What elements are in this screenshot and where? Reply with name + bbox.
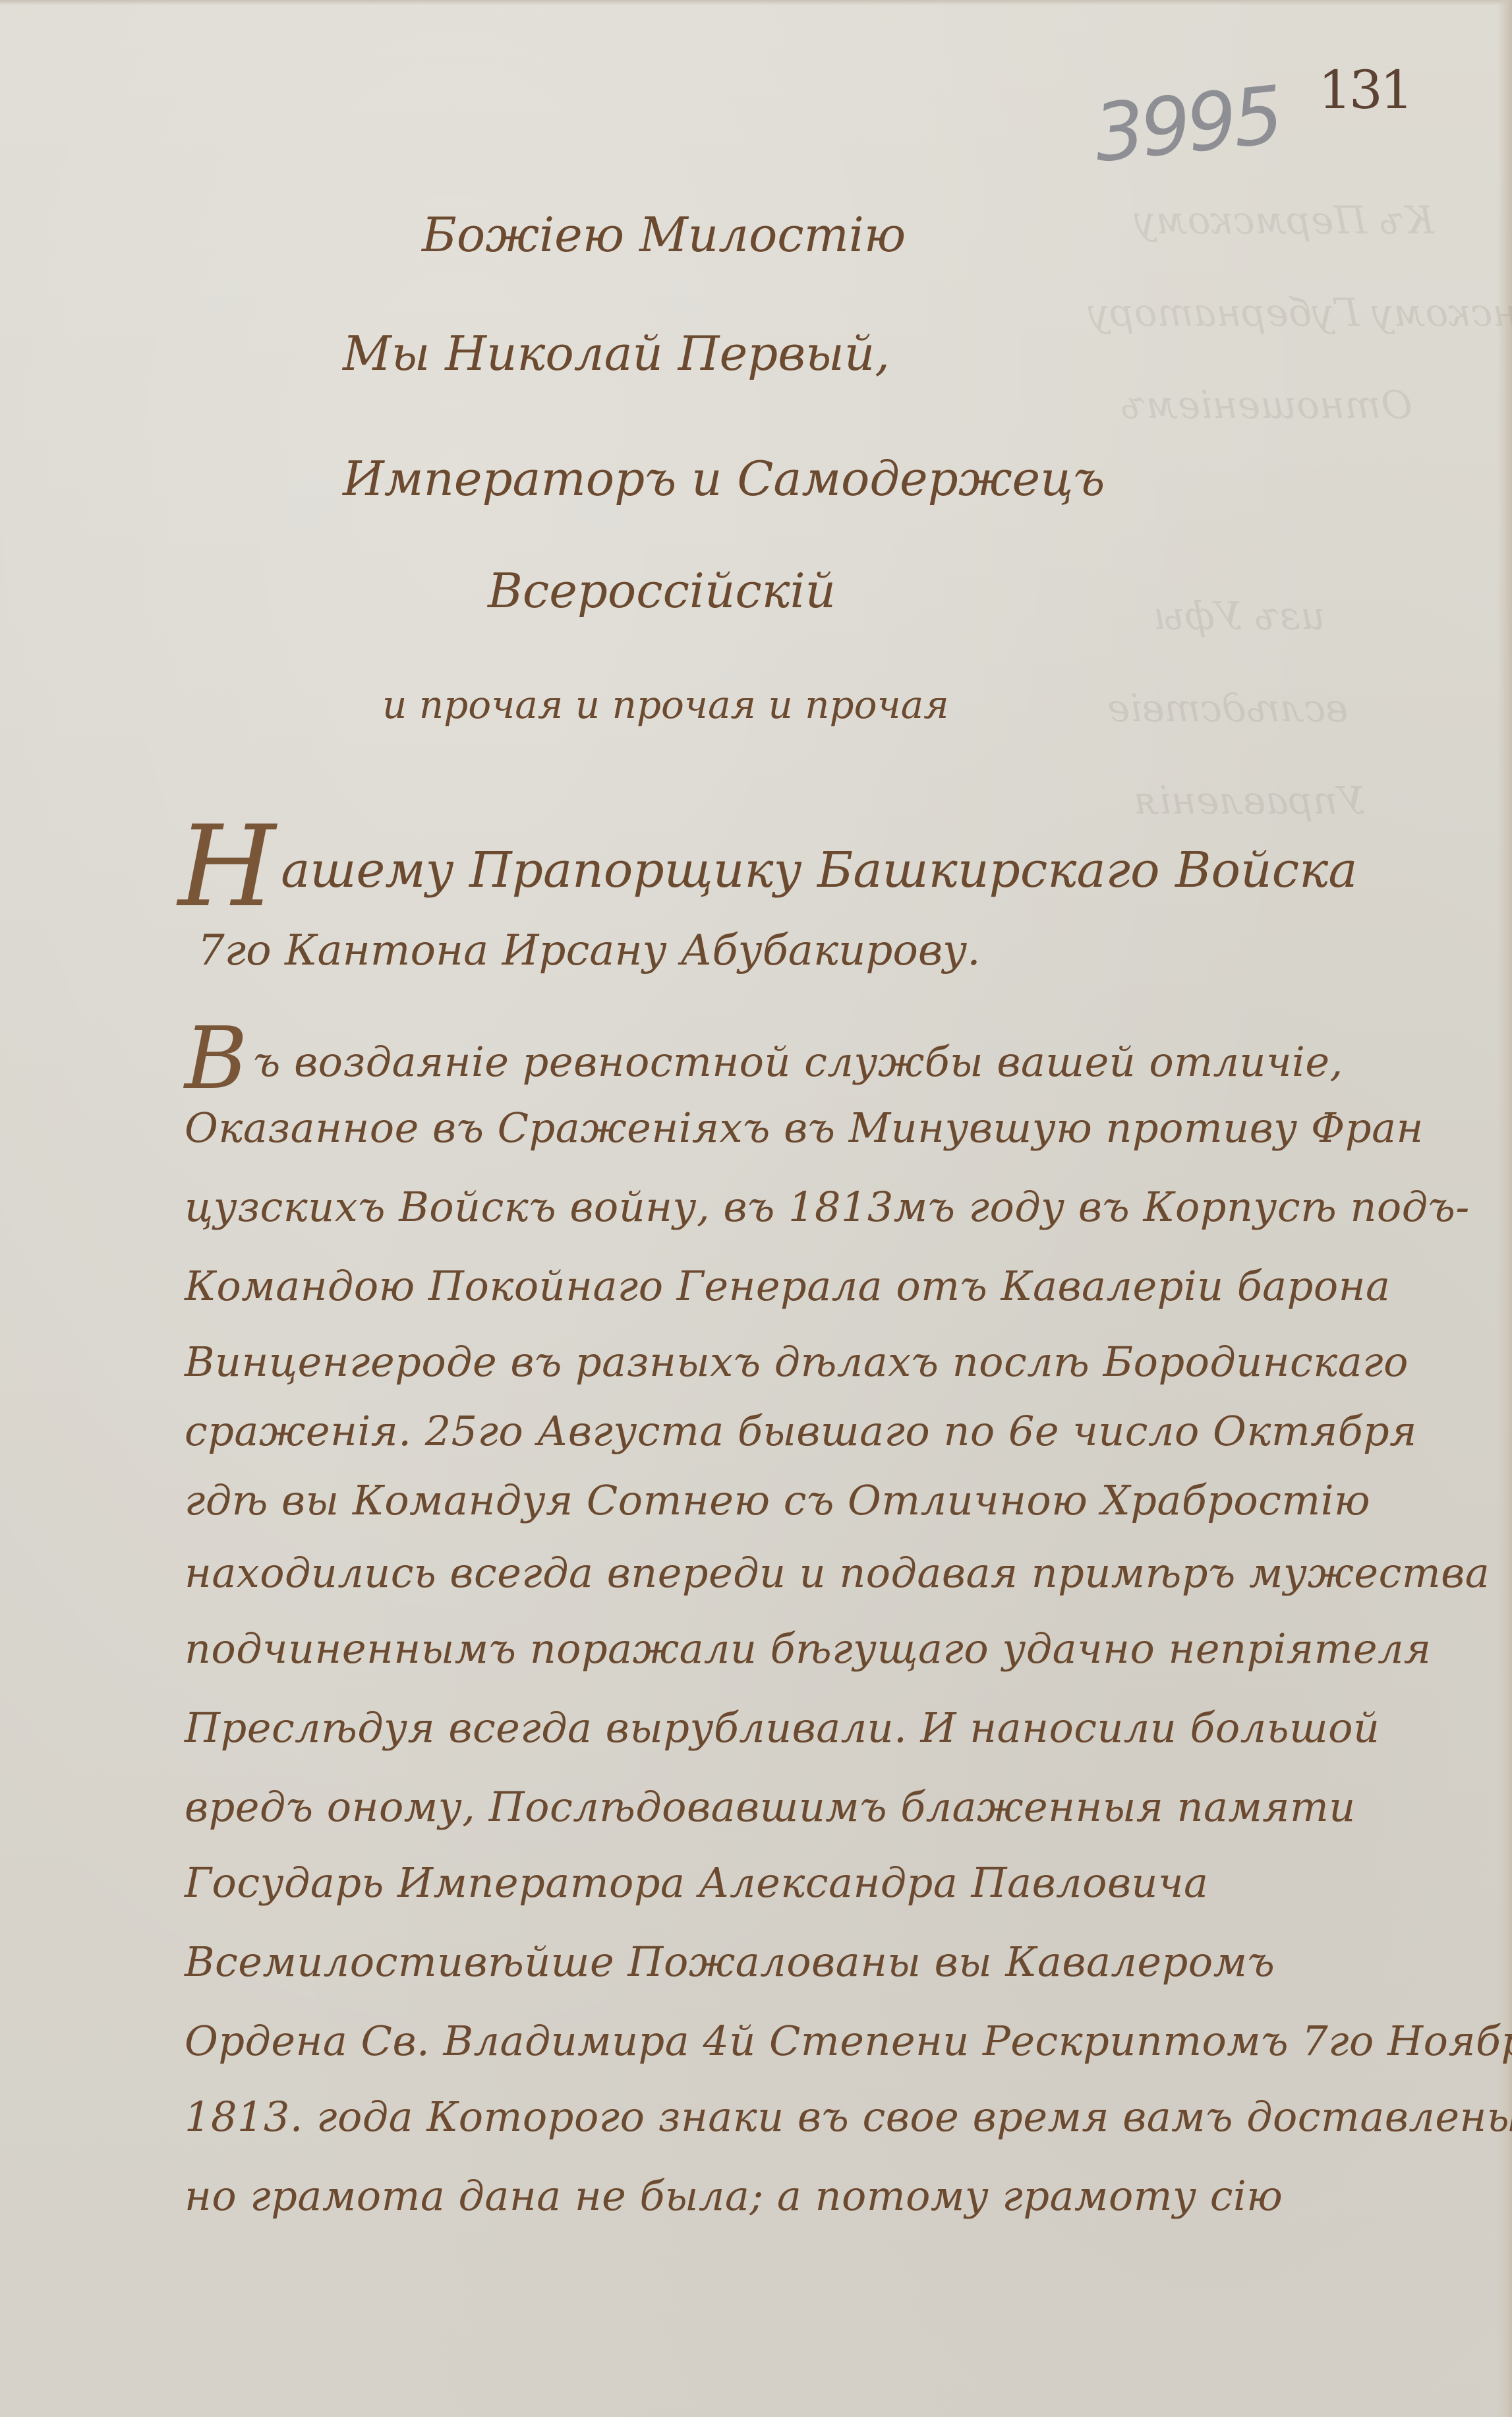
manuscript-page: Къ Пермскому Гражданскому Губернатору От…	[0, 0, 1512, 2417]
heading-line-4: Всероссійскій	[488, 567, 836, 614]
body-line-14: Ордена Св. Владимира 4й Степени Рескрипт…	[185, 2021, 1512, 2062]
body-line-4: Командою Покойнаго Генерала отъ Кавалері…	[185, 1266, 1390, 1307]
heading-line-2: Мы Николай Первый,	[343, 330, 890, 377]
heading-line-3: Императоръ и Самодержецъ	[343, 455, 1105, 502]
bleed-through-text: изъ Уфы	[1153, 593, 1325, 638]
address-line-2: 7го Кантона Ирсану Абубакирову.	[198, 930, 981, 972]
body-line-15: 1813. года Которого знаки въ свое время …	[185, 2097, 1512, 2137]
bleed-through-text: Отношеніемъ	[1120, 382, 1412, 427]
body-initial: В	[185, 1008, 248, 1108]
body-line-1-text: ъ воздаяніе ревностной службы вашей отли…	[253, 1038, 1343, 1086]
body-line-1: Въ воздаяніе ревностной службы вашей отл…	[185, 1015, 1343, 1101]
folio-number: 131	[1318, 59, 1411, 121]
bleed-through-text: Гражданскому Губернатору	[1088, 290, 1512, 335]
bleed-through-text: Къ Пермскому	[1134, 198, 1434, 243]
bleed-through-text: вслѣдствіе	[1107, 686, 1348, 731]
heading-line-1: Божіею Милостію	[422, 211, 906, 258]
body-line-5: Винценгероде въ разныхъ дѣлахъ послѣ Бор…	[185, 1342, 1409, 1383]
body-line-9: подчиненнымъ поражали бѣгущаго удачно не…	[185, 1628, 1432, 1669]
address-line-1-text: ашему Прапорщику Башкирскаго Войска	[281, 842, 1357, 899]
body-line-3: цузскихъ Войскъ войну, въ 1813мъ году въ…	[185, 1187, 1470, 1228]
body-line-8: находились всегда впереди и подавая прим…	[185, 1553, 1490, 1594]
body-line-6: сраженія. 25го Августа бывшаго по 6е чис…	[185, 1411, 1417, 1452]
body-line-16: но грамота дана не была; а потому грамот…	[185, 2176, 1283, 2217]
body-line-2: Оказанное въ Сраженіяхъ въ Минувшую прот…	[185, 1108, 1424, 1149]
archive-pencil-number: 3995	[1090, 70, 1284, 181]
heading-line-5: и прочая и прочая и прочая	[382, 686, 949, 724]
body-line-13: Всемилостивѣйше Пожалованы вы Кавалеромъ	[185, 1942, 1275, 1983]
body-line-7: гдѣ вы Командуя Сотнею съ Отличною Храбр…	[185, 1480, 1370, 1521]
body-line-12: Государь Императора Александра Павловича	[185, 1863, 1209, 1903]
paper-top-edge	[0, 0, 1512, 5]
ornamental-initial: Н	[178, 802, 276, 932]
address-line-1: Нашему Прапорщику Башкирскаго Войска	[178, 811, 1357, 923]
body-line-11: вредъ оному, Послѣдовавшимъ блаженныя па…	[185, 1787, 1356, 1828]
body-line-10: Преслѣдуя всегда вырубливали. И наносили…	[185, 1708, 1380, 1748]
